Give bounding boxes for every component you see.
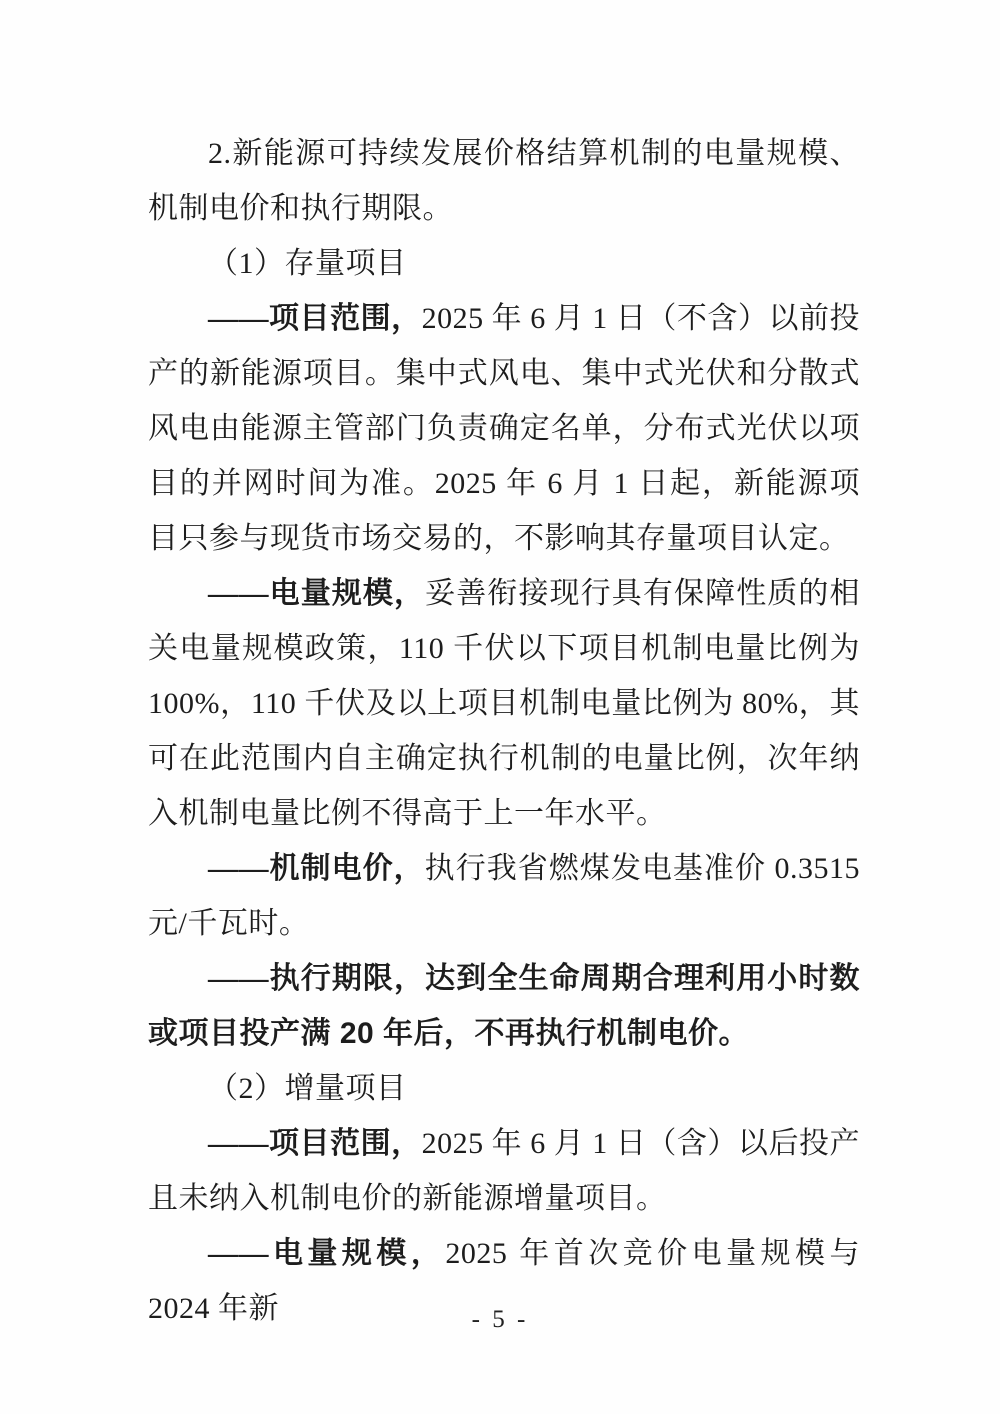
text-run: ——机制电价， <box>208 852 425 885</box>
paragraph: ——项目范围，2025 年 6 月 1 日（含）以后投产且未纳入机制电价的新能源… <box>148 1116 860 1226</box>
paragraph: 2.新能源可持续发展价格结算机制的电量规模、机制电价和执行期限。 <box>148 126 860 236</box>
paragraph: ——项目范围，2025 年 6 月 1 日（不含）以前投产的新能源项目。集中式风… <box>148 291 860 566</box>
text-run: ——项目范围， <box>208 302 422 335</box>
paragraph: （1）存量项目 <box>148 236 860 291</box>
paragraph: ——机制电价，执行我省燃煤发电基准价 0.3515 元/千瓦时。 <box>148 841 860 951</box>
text-run: 妥善衔接现行具有保障性质的相关电量规模政策，110 千伏以下项目机制电量比例为 … <box>148 577 860 830</box>
paragraph: ——执行期限，达到全生命周期合理利用小时数或项目投产满 20 年后，不再执行机制… <box>148 951 860 1061</box>
paragraph: （2）增量项目 <box>148 1061 860 1116</box>
text-run: ——执行期限， <box>208 962 425 995</box>
document-page: 2.新能源可持续发展价格结算机制的电量规模、机制电价和执行期限。（1）存量项目—… <box>0 0 1000 1414</box>
text-run: （1）存量项目 <box>208 247 407 280</box>
text-run: （2）增量项目 <box>208 1072 407 1105</box>
text-run: ——电量规模， <box>208 1237 445 1270</box>
text-run: ——电量规模， <box>208 577 425 610</box>
text-run: 2025 年 6 月 1 日（不含）以前投产的新能源项目。集中式风电、集中式光伏… <box>148 302 860 555</box>
paragraph: ——电量规模，妥善衔接现行具有保障性质的相关电量规模政策，110 千伏以下项目机… <box>148 566 860 841</box>
text-run: ——项目范围， <box>208 1127 422 1160</box>
page-number: - 5 - <box>0 1300 1000 1340</box>
text-run: 2.新能源可持续发展价格结算机制的电量规模、机制电价和执行期限。 <box>148 137 860 225</box>
document-body: 2.新能源可持续发展价格结算机制的电量规模、机制电价和执行期限。（1）存量项目—… <box>148 126 860 1336</box>
